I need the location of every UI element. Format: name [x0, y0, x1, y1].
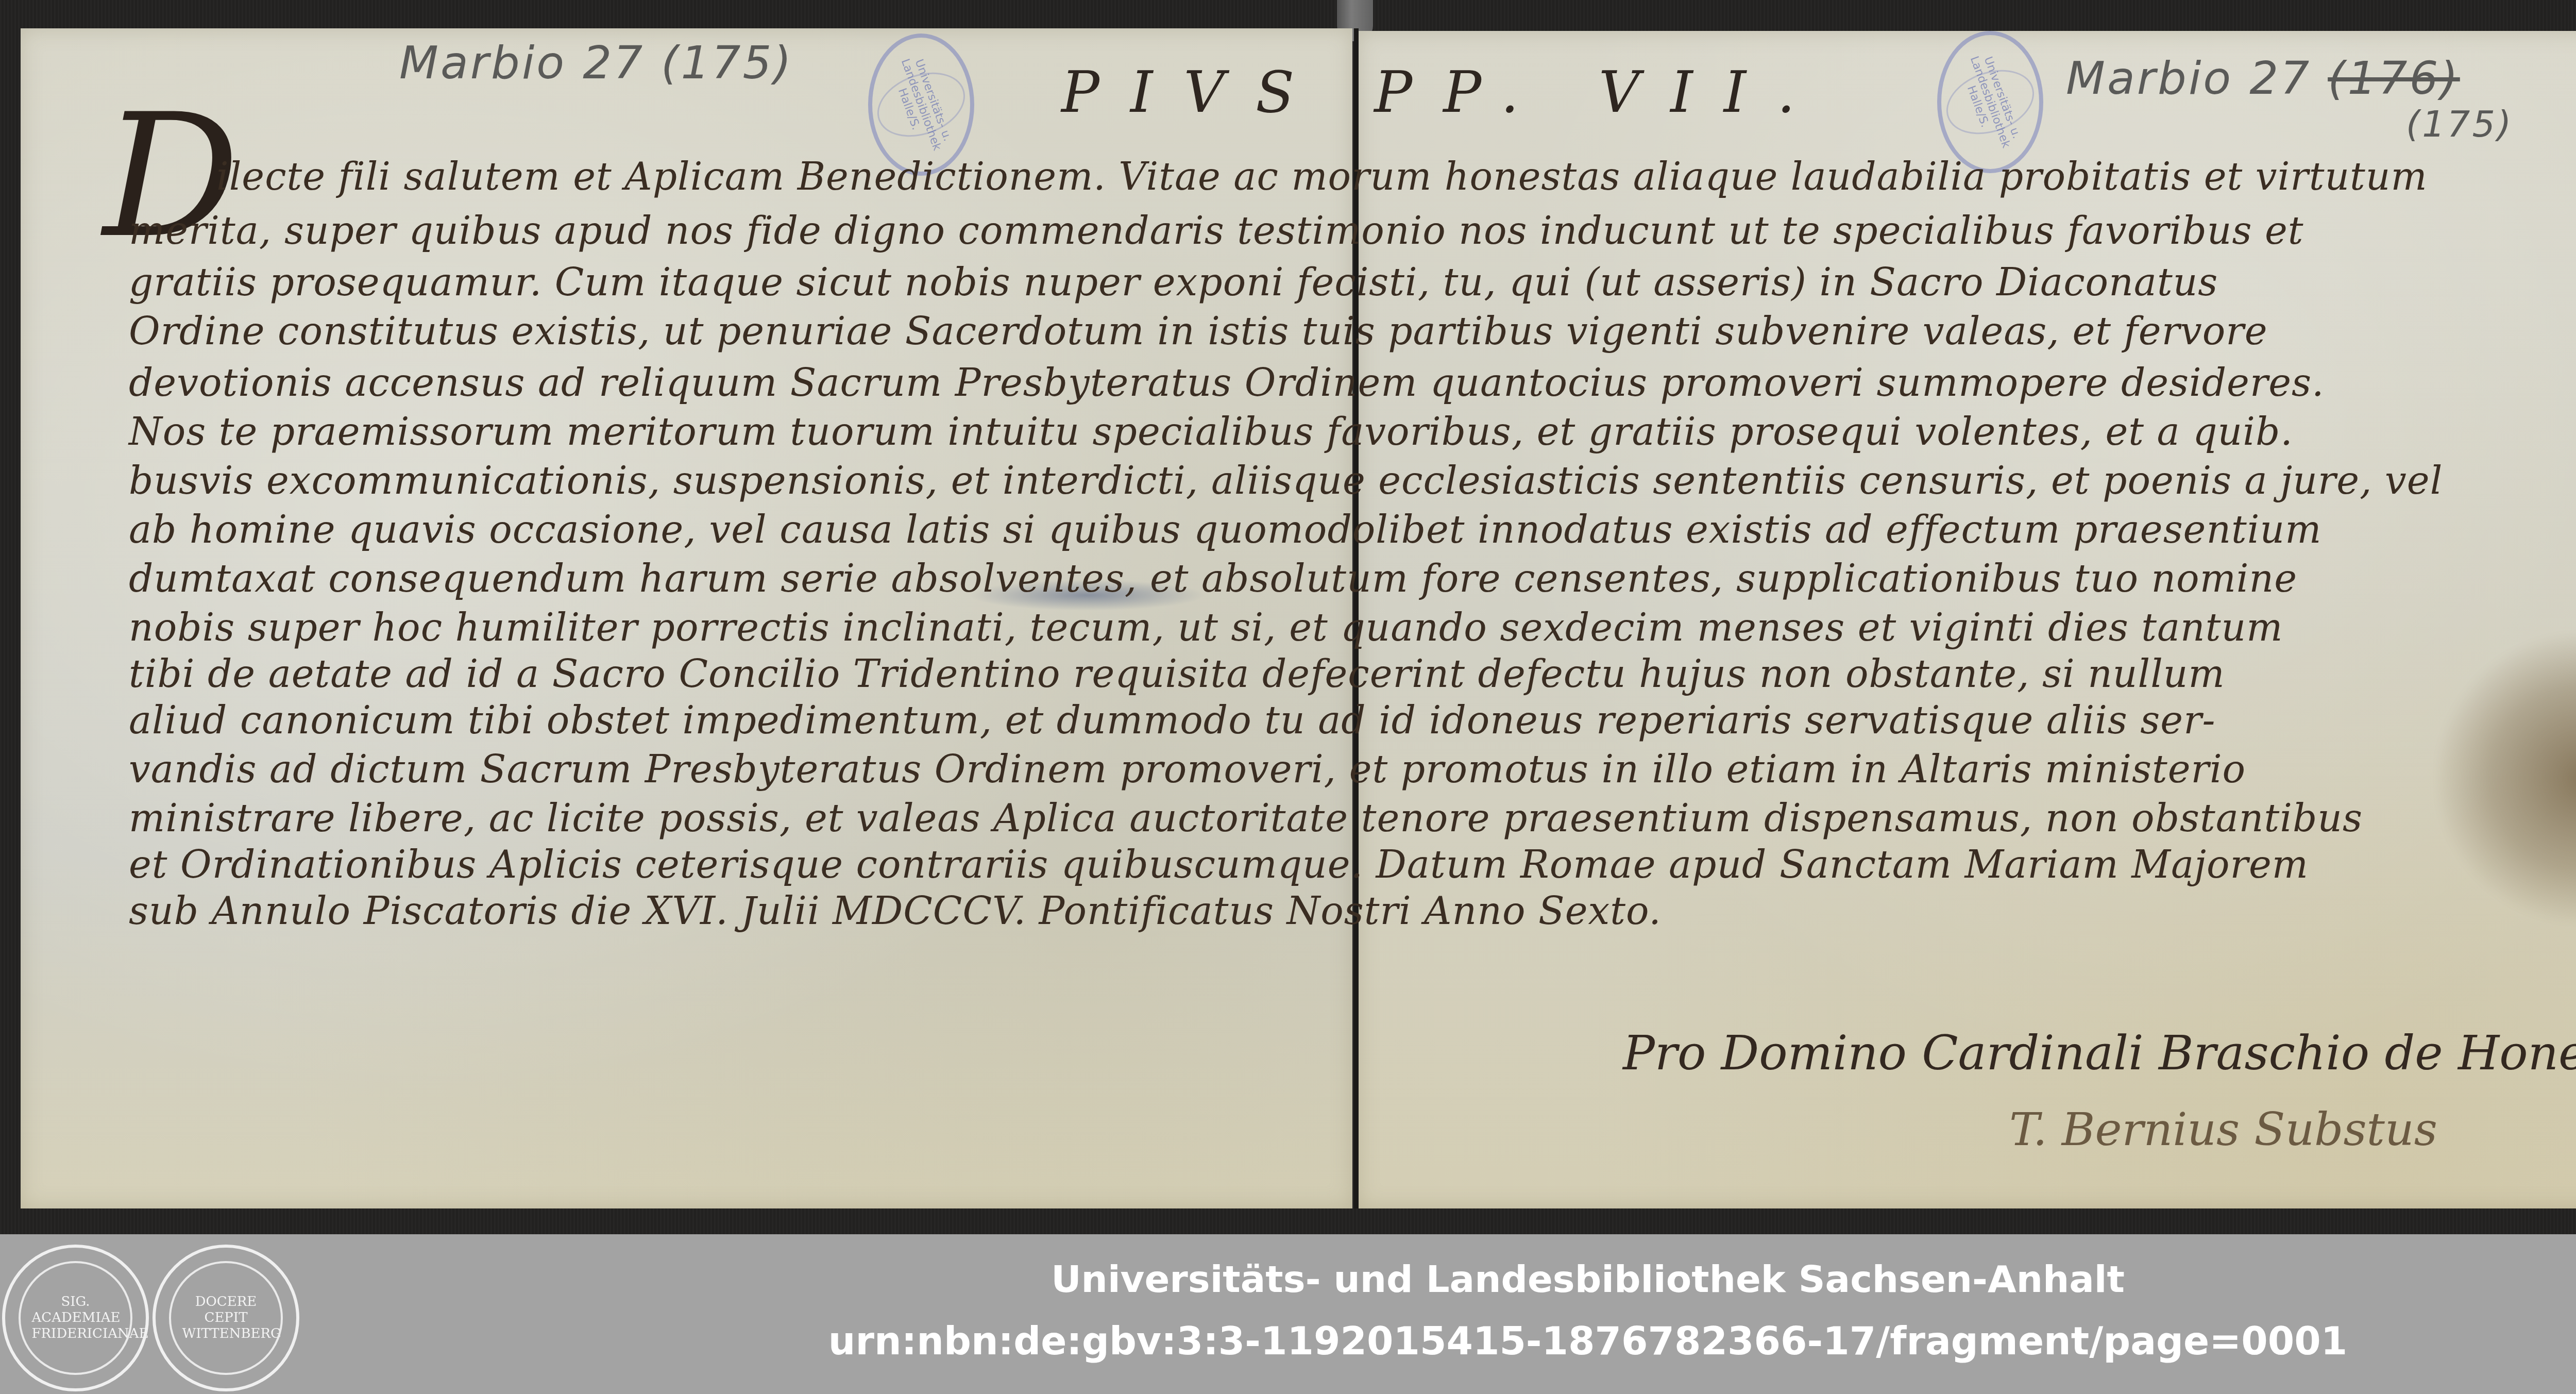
- text-line: devotionis accensus ad reliquum Sacrum P…: [129, 361, 2325, 405]
- text-line: aliud canonicum tibi obstet impedimentum…: [129, 698, 2216, 743]
- shelfmark-struck-number: (176): [2328, 52, 2460, 105]
- stamp-text: Universitäts- u. Landesbibliothek Halle/…: [1937, 58, 2043, 145]
- text-line: nobis super hoc humiliter porrectis incl…: [129, 606, 2283, 650]
- text-line: gratiis prosequamur. Cum itaque sicut no…: [129, 260, 2218, 305]
- text-line: sub Annulo Piscatoris die XVI. Julii MDC…: [129, 889, 1662, 933]
- text-line: dumtaxat consequendum harum serie absolv…: [129, 557, 2297, 601]
- text-line: ministrare libere, ac licite possis, et …: [129, 796, 2363, 841]
- text-line: merita, super quibus apud nos fide digno…: [129, 209, 2304, 253]
- text-line: vandis ad dictum Sacrum Presbyteratus Or…: [129, 747, 2246, 792]
- shelfmark-left: Marbio 27 (175): [399, 36, 793, 89]
- text-line: et Ordinationibus Aplicis ceterisque con…: [129, 843, 2309, 887]
- shelfmark-correction: (175): [2406, 103, 2513, 145]
- stamp-text: Universitäts- u. Landesbibliothek Halle/…: [868, 61, 974, 148]
- ink-stain: [2437, 634, 2576, 922]
- library-footer-banner: SIG. ACADEMIAE FRIDERICIANAE DOCERE CEPI…: [0, 1234, 2576, 1394]
- document-heading: PIVS PP. VII.: [1061, 59, 1826, 125]
- text-line: tibi de aetate ad id a Sacro Concilio Tr…: [129, 652, 2225, 696]
- text-line: ab homine quavis occasione, vel causa la…: [129, 508, 2321, 552]
- persistent-urn: urn:nbn:de:gbv:3:3-1192015415-1876782366…: [0, 1319, 2576, 1364]
- signature-line: Pro Domino Cardinali Braschio de Honesti…: [1623, 1026, 2576, 1081]
- text-line: ilecte fili salutem et Aplicam Benedicti…: [216, 155, 2428, 199]
- text-line: Ordine constitutus existis, ut penuriae …: [129, 309, 2268, 354]
- library-stamp-right: Universitäts- u. Landesbibliothek Halle/…: [1937, 31, 2043, 173]
- text-line: Nos te praemissorum meritorum tuorum int…: [129, 410, 2293, 454]
- countersignature: T. Bernius Substus: [2009, 1103, 2437, 1156]
- institution-name: Universitäts- und Landesbibliothek Sachs…: [0, 1257, 2576, 1301]
- text-line: busvis excommunicationis, suspensionis, …: [129, 459, 2443, 503]
- shelfmark-right-text: Marbio 27: [2066, 52, 2311, 105]
- shelfmark-right: Marbio 27 (176): [2066, 52, 2460, 105]
